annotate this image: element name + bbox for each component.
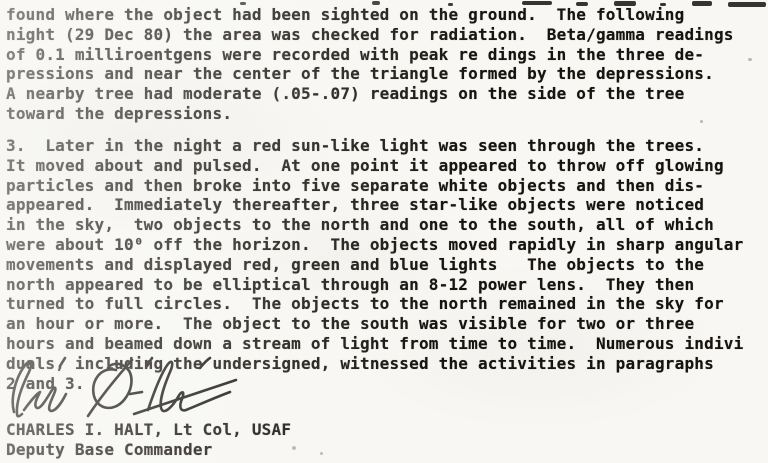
signatory-title: Deputy Base Commander: [6, 440, 291, 460]
text-line: toward the depressions.: [6, 104, 768, 124]
text-line: particles and then broke into five separ…: [6, 175, 768, 195]
text-line: appeared. Immediately thereafter, three …: [6, 195, 768, 215]
text-line: 3. Later in the night a red sun-like lig…: [6, 136, 768, 156]
text-line: A nearby tree had moderate (.05-.07) rea…: [6, 84, 768, 104]
scanned-document-page: found where the object had been sighted …: [0, 0, 768, 463]
paper-speck: [320, 452, 323, 455]
paper-speck: [292, 446, 296, 450]
text-line: hours and beamed down a stream of light …: [6, 334, 768, 354]
text-line: found where the object had been sighted …: [6, 5, 768, 25]
text-line: of 0.1 milliroentgens were recorded with…: [6, 44, 768, 64]
text-line: in the sky, two objects to the north and…: [6, 215, 768, 235]
text-line: pressions and near the center of the tri…: [6, 64, 768, 84]
signature-block: CHARLES I. HALT, Lt Col, USAF Deputy Bas…: [6, 420, 291, 460]
paragraph-radiation-readings: found where the object had been sighted …: [6, 5, 768, 124]
text-line: were about 10⁰ off the horizon. The obje…: [6, 235, 768, 255]
signatory-name: CHARLES I. HALT, Lt Col, USAF: [6, 420, 291, 440]
text-line: It moved about and pulsed. At one point …: [6, 156, 768, 176]
text-line: movements and displayed red, green and b…: [6, 255, 768, 275]
text-line: night (29 Dec 80) the area was checked f…: [6, 25, 768, 45]
text-line: turned to full circles. The objects to t…: [6, 294, 768, 314]
text-line: an hour or more. The object to the south…: [6, 314, 768, 334]
text-line: north appeared to be elliptical through …: [6, 274, 768, 294]
signature-handwriting: [4, 354, 244, 422]
